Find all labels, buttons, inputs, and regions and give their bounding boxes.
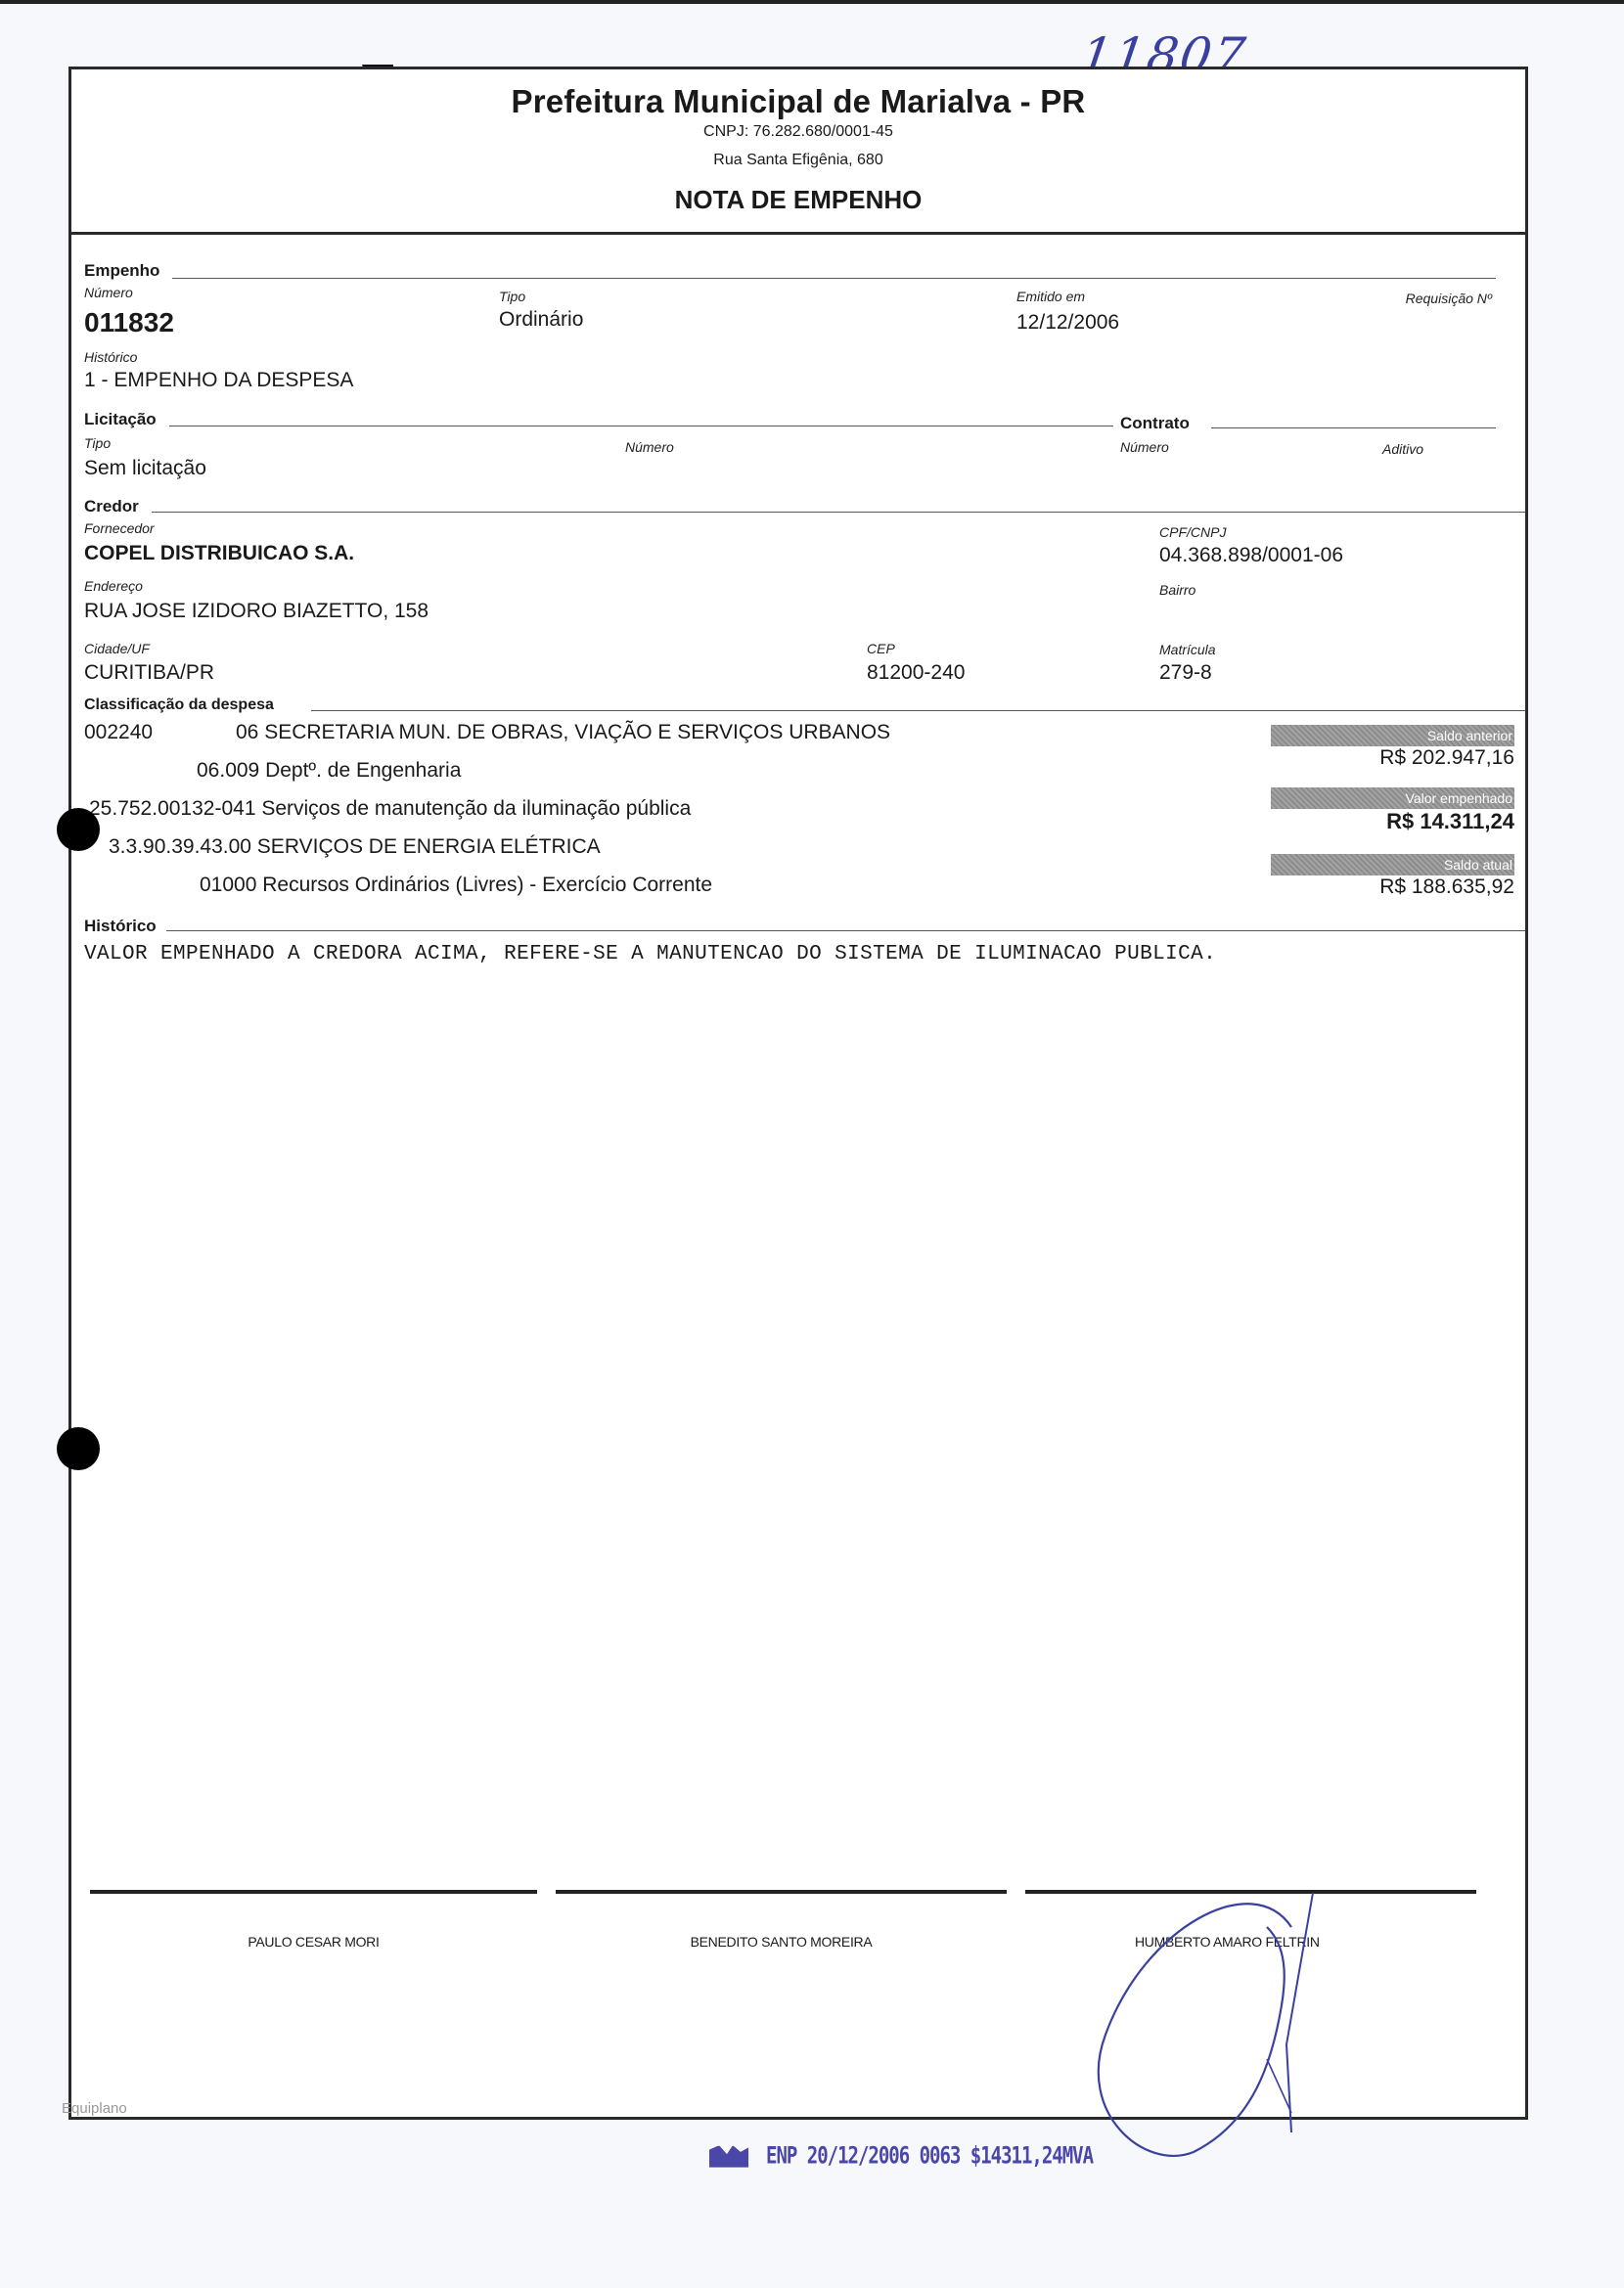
classificacao-elemento: 3.3.90.39.43.00 SERVIÇOS DE ENERGIA ELÉT… bbox=[109, 835, 601, 859]
cpf-cnpj-value: 04.368.898/0001-06 bbox=[1159, 544, 1343, 567]
cep-label: CEP bbox=[867, 641, 895, 656]
document-frame: Prefeitura Municipal de Marialva - PR CN… bbox=[68, 67, 1528, 2120]
signatory-name: BENEDITO SANTO MOREIRA bbox=[556, 1934, 1007, 1950]
cep-value: 81200-240 bbox=[867, 661, 965, 685]
classificacao-funcional: 25.752.00132-041 Serviços de manutenção … bbox=[89, 797, 691, 821]
licitacao-numero-label: Número bbox=[625, 439, 674, 455]
empenho-numero-label: Número bbox=[84, 285, 133, 300]
bank-stamp-text: ENP 20/12/2006 0063 $14311,24MVA bbox=[766, 2142, 1093, 2170]
section-divider bbox=[1211, 427, 1496, 428]
document-header: Prefeitura Municipal de Marialva - PR CN… bbox=[71, 69, 1525, 235]
software-footer: Equiplano bbox=[62, 2100, 127, 2117]
requisicao-label: Requisição Nº bbox=[1406, 291, 1492, 306]
section-divider bbox=[172, 278, 1496, 279]
cidade-value: CURITIBA/PR bbox=[84, 661, 214, 685]
organization-name: Prefeitura Municipal de Marialva - PR bbox=[71, 83, 1525, 120]
signatory-name: PAULO CESAR MORI bbox=[90, 1934, 537, 1950]
section-divider bbox=[152, 512, 1525, 513]
organization-cnpj: CNPJ: 76.282.680/0001-45 bbox=[71, 123, 1525, 141]
bank-logo-icon bbox=[709, 2145, 748, 2168]
empenho-tipo: Ordinário bbox=[499, 308, 583, 332]
cpf-cnpj-label: CPF/CNPJ bbox=[1159, 524, 1226, 540]
licitacao-tipo: Sem licitação bbox=[84, 457, 206, 480]
section-licitacao-title: Licitação bbox=[84, 410, 157, 429]
classificacao-recurso: 01000 Recursos Ordinários (Livres) - Exe… bbox=[200, 874, 712, 897]
punch-hole bbox=[57, 1427, 100, 1470]
signature-line bbox=[556, 1890, 1007, 1894]
classificacao-unidade: 06.009 Deptº. de Engenharia bbox=[197, 759, 461, 783]
saldo-atual-label: Saldo atual bbox=[1271, 854, 1514, 875]
scan-edge bbox=[0, 0, 1624, 4]
matricula-label: Matrícula bbox=[1159, 642, 1216, 657]
licitacao-tipo-label: Tipo bbox=[84, 435, 111, 451]
empenho-historico-label: Histórico bbox=[84, 349, 137, 365]
fornecedor-name: COPEL DISTRIBUICAO S.A. bbox=[84, 542, 354, 565]
endereco-label: Endereço bbox=[84, 578, 143, 594]
section-credor-title: Credor bbox=[84, 497, 139, 516]
valor-empenhado-label: Valor empenhado bbox=[1271, 787, 1514, 809]
fornecedor-label: Fornecedor bbox=[84, 520, 155, 536]
classificacao-code: 002240 bbox=[84, 721, 153, 744]
handwritten-signature bbox=[1086, 1888, 1340, 2162]
classificacao-orgao: 06 SECRETARIA MUN. DE OBRAS, VIAÇÃO E SE… bbox=[236, 721, 890, 744]
emitido-label: Emitido em bbox=[1016, 289, 1085, 304]
bank-authentication-stamp: ENP 20/12/2006 0063 $14311,24MVA bbox=[709, 2142, 1093, 2170]
empenho-tipo-label: Tipo bbox=[499, 289, 525, 304]
organization-address: Rua Santa Efigênia, 680 bbox=[71, 152, 1525, 169]
matricula-value: 279-8 bbox=[1159, 661, 1212, 685]
section-historico-title: Histórico bbox=[84, 917, 157, 936]
punch-hole bbox=[57, 808, 100, 851]
valor-empenhado-value: R$ 14.311,24 bbox=[1271, 809, 1514, 834]
cidade-label: Cidade/UF bbox=[84, 641, 150, 656]
saldo-anterior-value: R$ 202.947,16 bbox=[1271, 746, 1514, 770]
empenho-numero: 011832 bbox=[84, 307, 174, 338]
saldo-atual-value: R$ 188.635,92 bbox=[1271, 875, 1514, 899]
contrato-numero-label: Número bbox=[1120, 439, 1169, 455]
bairro-label: Bairro bbox=[1159, 582, 1195, 598]
section-divider bbox=[166, 930, 1525, 931]
section-contrato-title: Contrato bbox=[1120, 414, 1190, 433]
section-divider bbox=[311, 710, 1525, 711]
section-divider bbox=[169, 426, 1113, 426]
document-title: NOTA DE EMPENHO bbox=[71, 185, 1525, 215]
empenho-historico: 1 - EMPENHO DA DESPESA bbox=[84, 369, 353, 392]
emitido-date: 12/12/2006 bbox=[1016, 311, 1119, 335]
historico-text: VALOR EMPENHADO A CREDORA ACIMA, REFERE-… bbox=[84, 943, 1216, 965]
contrato-aditivo-label: Aditivo bbox=[1382, 441, 1423, 457]
section-classificacao-title: Classificação da despesa bbox=[84, 696, 274, 714]
section-empenho-title: Empenho bbox=[84, 261, 159, 281]
endereco-value: RUA JOSE IZIDORO BIAZETTO, 158 bbox=[84, 600, 429, 623]
saldo-anterior-label: Saldo anterior bbox=[1271, 725, 1514, 746]
signature-line bbox=[90, 1890, 537, 1894]
